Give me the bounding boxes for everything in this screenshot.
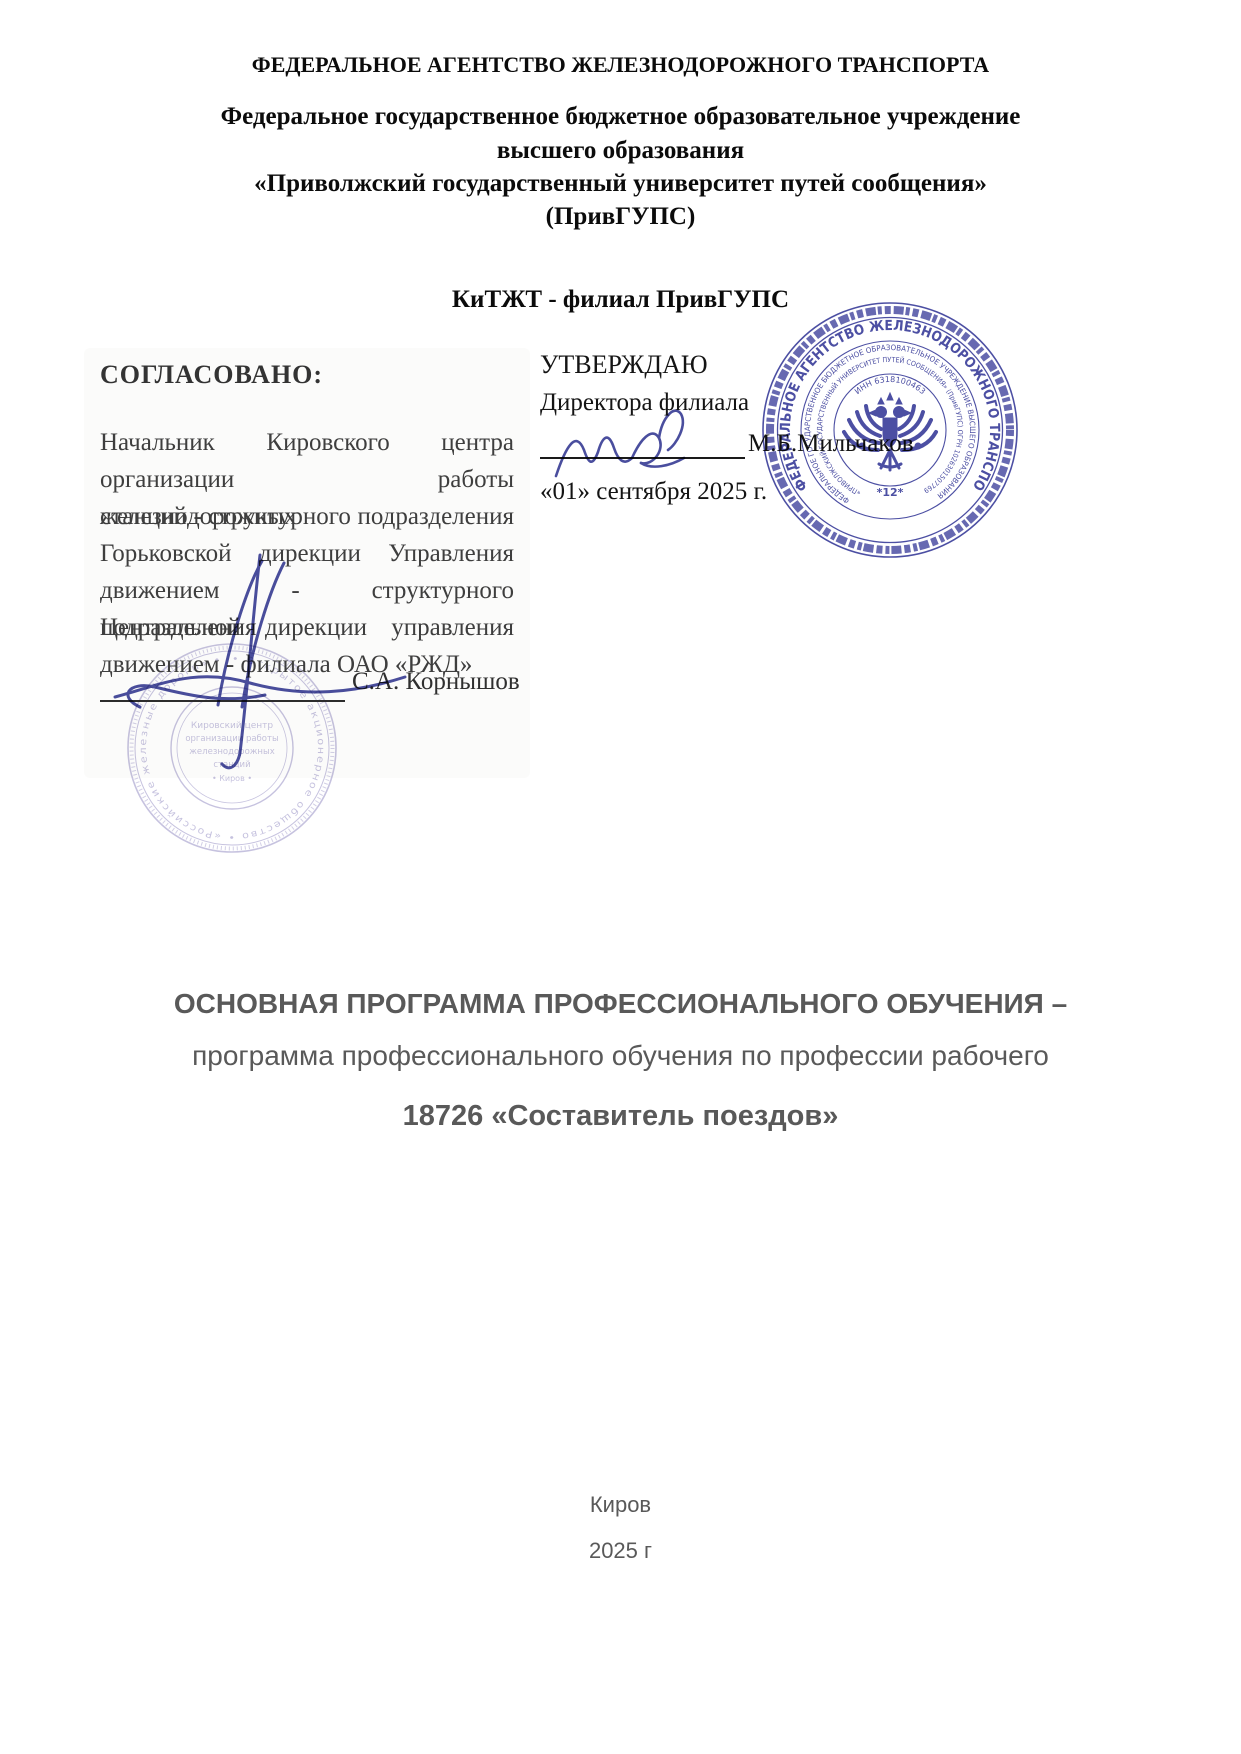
document-page: ФЕДЕРАЛЬНОЕ АГЕНТСТВО ЖЕЛЕЗНОДОРОЖНОГО Т…	[0, 0, 1241, 1754]
program-title-line3: 18726 «Составитель поездов»	[0, 1100, 1241, 1133]
footer-city: Киров	[0, 1492, 1241, 1518]
header-agency: ФЕДЕРАЛЬНОЕ АГЕНТСТВО ЖЕЛЕЗНОДОРОЖНОГО Т…	[0, 52, 1241, 78]
program-title-line2: программа профессионального обучения по …	[0, 1040, 1241, 1072]
double-headed-eagle-icon	[844, 393, 936, 470]
agreed-position-line: организации работы железнодорожных	[100, 461, 514, 498]
university-stamp: ФЕДЕРАЛЬНОЕ АГЕНТСТВО ЖЕЛЕЗНОДОРОЖНОГО Т…	[758, 298, 1022, 562]
agreed-label: СОГЛАСОВАНО:	[100, 360, 323, 390]
program-title-line1: ОСНОВНАЯ ПРОГРАММА ПРОФЕССИОНАЛЬНОГО ОБУ…	[0, 988, 1241, 1020]
footer-year: 2025 г	[0, 1538, 1241, 1564]
approved-signature-ink	[540, 400, 740, 510]
header-university-abbrev: (ПривГУПС)	[0, 203, 1241, 231]
header-institution-line1: Федеральное государственное бюджетное об…	[0, 103, 1241, 131]
agreed-position-line: станций - структурного подразделения	[100, 498, 514, 535]
university-stamp-number: *12*	[877, 486, 904, 499]
agreed-position-line: Начальник Кировского центра	[100, 424, 514, 461]
approved-label: УТВЕРЖДАЮ	[540, 350, 708, 380]
header-university-name: «Приволжский государственный университет…	[0, 170, 1241, 198]
header-institution-line2: высшего образования	[0, 137, 1241, 165]
header-branch: КиТЖТ - филиал ПривГУПС	[0, 286, 1241, 314]
agreed-signature-ink	[100, 545, 460, 785]
